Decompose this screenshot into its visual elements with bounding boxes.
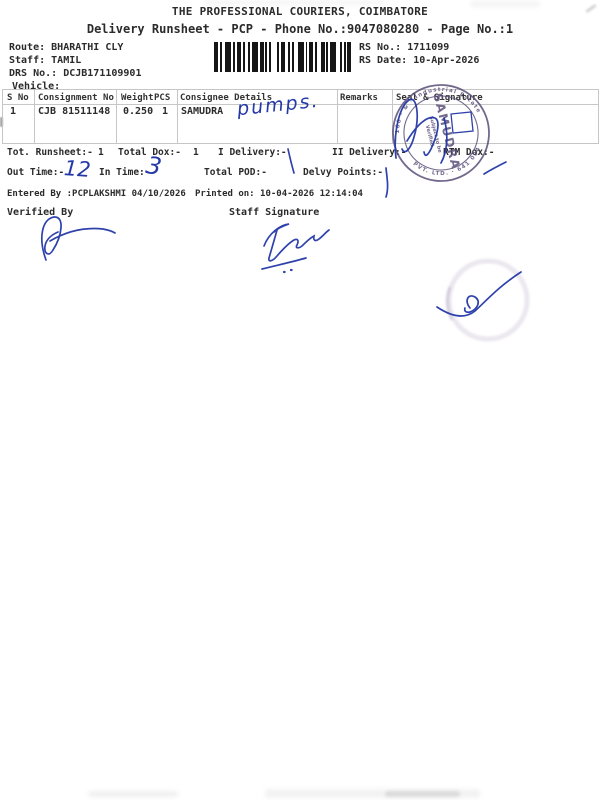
handwritten-in-time: 3: [144, 152, 164, 182]
col-header-consignment-no: Consignment No: [38, 93, 114, 103]
staff-label: Staff:: [9, 55, 45, 66]
handwritten-out-time: 12: [63, 156, 91, 182]
entered-by-line: Entered By :PCPLAKSHMI 04/10/2026: [7, 189, 186, 199]
scan-smudge-bottom-3: [385, 791, 460, 797]
page-subtitle: Delivery Runsheet - PCP - Phone No.:9047…: [0, 23, 600, 37]
col-header-seal: Seal & Signature: [396, 93, 483, 103]
row-consignee: SAMUDRA: [181, 106, 223, 118]
delvy-points-label: Delvy Points:-: [303, 168, 383, 179]
rs-no-value: 1711099: [407, 42, 449, 53]
rtm-dox-label: RTM Dox:-: [443, 148, 494, 159]
staff-signature-label: Staff Signature: [229, 207, 319, 219]
staff-signature: [262, 224, 329, 272]
verified-by-signature: [42, 217, 115, 260]
out-time-label: Out Time:-: [7, 168, 64, 179]
staff-value: TAMIL: [51, 55, 81, 66]
verified-by-label: Verified By: [7, 207, 73, 219]
rs-no-line: RS No.: 1711099: [359, 42, 449, 54]
i-delivery-stroke: [288, 149, 294, 173]
col-header-s-no: S No: [7, 93, 29, 103]
tot-runsheet-value: 1: [98, 148, 104, 159]
total-dox-value: 1: [193, 148, 199, 159]
col-header-weight: Weight: [121, 93, 154, 103]
i-delivery-label: I Delivery:-: [218, 148, 287, 159]
row-weight: 0.250: [123, 106, 153, 118]
in-time-label: In Time:-: [99, 168, 150, 179]
barcode: [214, 42, 357, 72]
rtm-dox-stroke: [484, 162, 506, 174]
row-consignment-no: CJB 81511148: [38, 106, 110, 118]
total-pod-label: Total POD:-: [204, 168, 267, 179]
page-title: THE PROFESSIONAL COURIERS, COIMBATORE: [0, 6, 600, 19]
rs-date-label: RS Date:: [359, 55, 407, 66]
ii-delivery-label: II Delivery:-: [332, 148, 406, 159]
rs-no-label: RS No.:: [359, 42, 401, 53]
runsheet-document: THE PROFESSIONAL COURIERS, COIMBATORE De…: [0, 0, 600, 800]
route-label: Route:: [9, 42, 45, 53]
row-s-no: 1: [10, 106, 16, 118]
drs-value: DCJB171109901: [63, 68, 141, 79]
printed-on-line: Printed on: 10-04-2026 12:14:04: [195, 189, 363, 199]
rs-date-value: 10-Apr-2026: [413, 55, 479, 66]
staff-line: Staff: TAMIL: [9, 55, 81, 67]
rs-date-line: RS Date: 10-Apr-2026: [359, 55, 479, 67]
delvy-points-stroke: [386, 168, 388, 197]
col-header-remarks: Remarks: [340, 93, 378, 103]
route-value: BHARATHI CLY: [51, 42, 123, 53]
drs-line: DRS No.: DCJB171109901: [9, 68, 141, 80]
route-line: Route: BHARATHI CLY: [9, 42, 123, 54]
row-pcs: 1: [162, 106, 168, 118]
bottom-right-flourish: [437, 272, 521, 316]
drs-label: DRS No.:: [9, 68, 57, 79]
col-header-pcs: PCS: [154, 93, 170, 103]
scan-smudge-bottom-1: [88, 791, 178, 797]
